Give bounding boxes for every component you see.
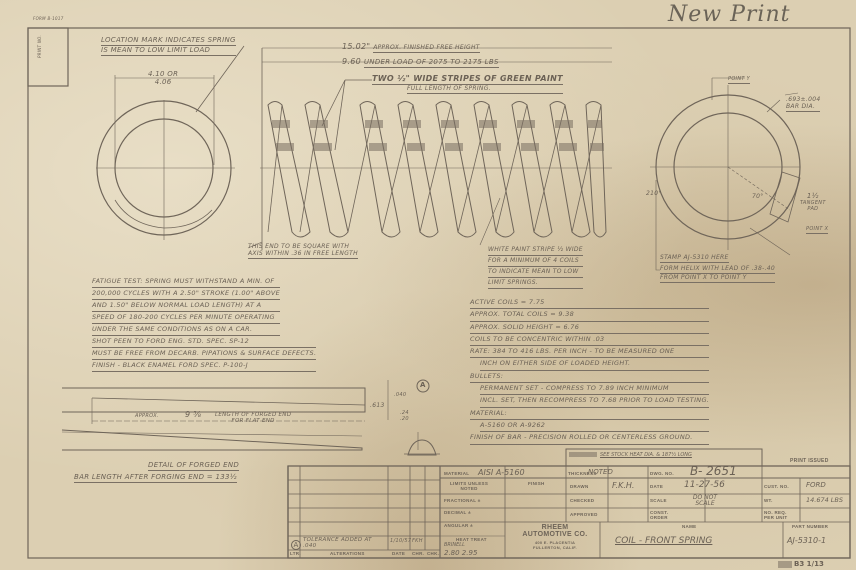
outer-dia-dimension: 4.10 OR 4.06 (148, 70, 178, 86)
process-notes: SHOT PEEN TO FORD ENG. STD. SPEC. SP-12 … (92, 336, 316, 372)
limits-label: LIMITS UNLESS NOTED (450, 481, 488, 491)
part-number-label: PART NUMBER (792, 524, 828, 529)
hardness-label: BRINELL (444, 542, 465, 548)
rev-header-alterations: ALTERATIONS (330, 551, 365, 556)
finish-label: FINISH (528, 481, 545, 486)
rev-header-ltr: LTR. (290, 551, 301, 556)
forged-length: 9 ⅝ (185, 410, 201, 419)
footer-stamp: B3 1/13 (794, 560, 824, 568)
dim-24-20: .24 .20 (400, 410, 409, 422)
angular-label: ANGULAR ± (444, 523, 473, 528)
company-address: 400 E. PLACENTIA FULLERTON, CALIF. (512, 540, 598, 550)
approved-label: APPROVED (570, 512, 598, 517)
date-value: 11-27-56 (684, 480, 725, 490)
no-req-label: NO. REQ. PER UNIT (764, 510, 794, 520)
bar-length-note: BAR LENGTH AFTER FORGING END = 133½ (74, 473, 237, 483)
revision-date: 1/10/57 (390, 538, 411, 544)
form-number: FORM B-1017 (33, 16, 64, 21)
stock-note: SEE STOCK HEAT DIA. & 187½ LONG (600, 452, 692, 458)
point-y-label: POINT Y (728, 76, 750, 84)
helix-note: FORM HELIX WITH LEAD OF .38-.40 FROM POI… (660, 265, 775, 283)
wt-value: 14.674 LBS (806, 496, 843, 504)
print-no-label: PRINT NO. (37, 35, 42, 58)
material-label: MATERIAL (444, 471, 469, 476)
scale-value: DO NOT SCALE (690, 495, 720, 507)
part-number-value: AJ-5310-1 (787, 536, 826, 545)
revision-by: FKH (412, 538, 423, 544)
approx-label: APPROX. (135, 413, 159, 419)
dwg-no-value: B- 2651 (690, 464, 737, 478)
date-label: DATE (650, 484, 663, 489)
material-value: AISI A-5160 (478, 468, 525, 477)
wt-label: WT. (764, 498, 773, 503)
revision-mark-a: A (420, 381, 426, 389)
load-height-dimension: 9.60 UNDER LOAD OF 2075 TO 2175 LBS (342, 57, 499, 66)
scale-label: SCALE (650, 498, 667, 503)
forged-end-title: DETAIL OF FORGED END (148, 461, 239, 471)
company-name: RHEEM AUTOMOTIVE CO. (512, 524, 598, 538)
dwg-no-label: DWG. NO. (650, 471, 674, 476)
dim-040: .040 (394, 392, 406, 398)
forged-length-label: LENGTH OF FORGED END FOR FLAT END (215, 412, 291, 424)
cust-no-value: FORD (806, 481, 826, 489)
location-mark-note: LOCATION MARK INDICATES SPRING IS MEAN T… (101, 36, 236, 56)
green-stripe-note: TWO ½" WIDE STRIPES OF GREEN PAINT FULL … (372, 74, 563, 94)
decimal-label: DECIMAL ± (444, 510, 471, 515)
fractional-label: FRACTIONAL ± (444, 498, 480, 503)
spec-notes: ACTIVE COILS = 7.75 APPROX. TOTAL COILS … (470, 297, 709, 445)
print-issued-label: PRINT ISSUED (790, 458, 829, 464)
drawn-value: F.K.H. (612, 481, 634, 490)
free-height-dimension: 15.02" APPROX. FINISHED FREE HEIGHT (342, 42, 480, 51)
dim-613: .613 (370, 402, 385, 409)
square-end-note: THIS END TO BE SQUARE WITH AXIS WITHIN .… (248, 243, 358, 259)
fatigue-test-notes: FATIGUE TEST: SPRING MUST WITHSTAND A MI… (92, 276, 280, 336)
part-name: COIL - FRONT SPRING (615, 536, 712, 546)
angle-210: 210° (646, 190, 662, 197)
rev-header-date: DATE (392, 551, 405, 556)
checked-label: CHECKED (570, 498, 594, 503)
rev-header-chk: CHK. (427, 551, 439, 556)
white-stripe-note: WHITE PAINT STRIPE ½ WIDE FOR A MINIMUM … (488, 245, 583, 289)
bar-dia-dimension: .693±.004 BAR DIA. (786, 96, 820, 112)
cust-no-label: CUST. NO. (764, 484, 789, 489)
thickness-value: NOTED (588, 468, 613, 476)
stamp-note: STAMP AJ-5310 HERE (660, 254, 729, 263)
rev-header-chr: CHR. (412, 551, 424, 556)
revision-description: TOLERANCE ADDED AT .040 (303, 537, 387, 549)
revision-letter: A (291, 540, 301, 550)
angle-70: 70° (752, 193, 764, 200)
tangent-pad-note: 1½ TANGENT PAD (800, 192, 826, 212)
const-order-label: CONST. ORDER (650, 510, 680, 520)
point-x-label: POINT X (806, 226, 828, 234)
heat-treat-values: 2.80 2.95 (444, 549, 477, 557)
name-label: NAME (682, 524, 696, 529)
drawn-label: DRAWN (570, 484, 589, 489)
